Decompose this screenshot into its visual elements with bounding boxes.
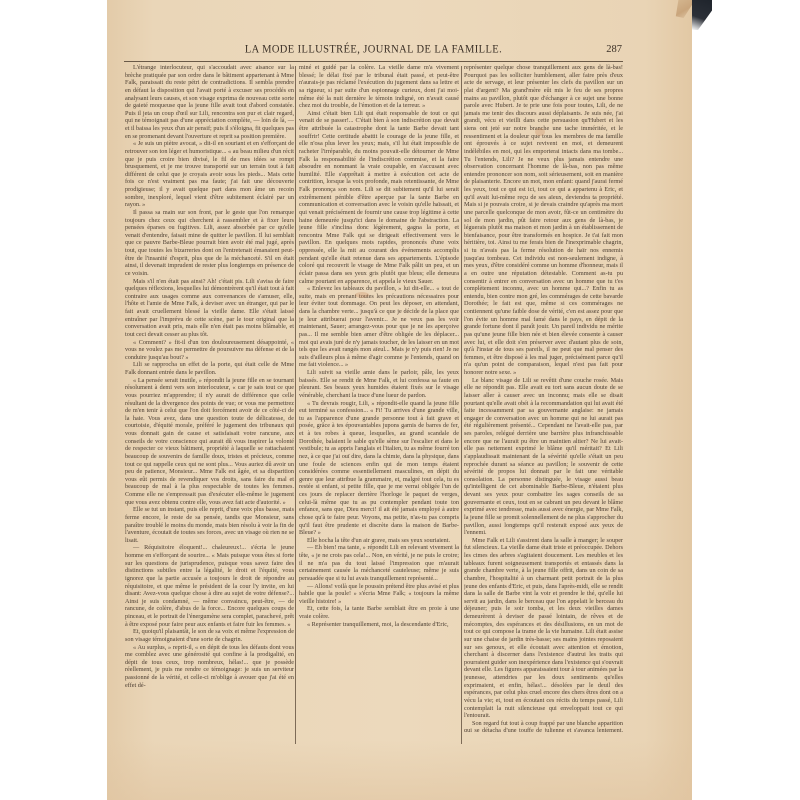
paper-stain xyxy=(355,292,369,298)
paragraph: Elle se tut un instant, puis elle reprit… xyxy=(125,506,294,544)
paragraph: Et, quoiqu'il plaisantât, le son de sa v… xyxy=(125,628,294,643)
paragraph: — Eh bien! ma tante, » répondit Lili en … xyxy=(299,544,459,582)
article-columns: L'étrange interlocuteur, qui s'accoudait… xyxy=(125,64,623,759)
page-number: 287 xyxy=(606,44,622,55)
paper-stain xyxy=(535,128,545,136)
paragraph: Lili se rapprocha un effet de la porte, … xyxy=(125,361,294,376)
paragraph: — Réquisitoire éloquent!... chaleureux!.… xyxy=(125,544,294,628)
paragraph: Son regard fut tout à coup frappé par un… xyxy=(464,720,623,732)
paragraph: « Comment? » fit-il d'un ton douloureuse… xyxy=(125,339,294,362)
paragraph: — Allons! voilà que le poussin prétend ê… xyxy=(299,583,459,606)
paragraph: miné et guidé par la colère. La vieille … xyxy=(299,64,459,110)
paragraph: représenter quelque chose tranquillement… xyxy=(464,64,623,377)
paragraph: Lili suivit sa vieille amie dans le parl… xyxy=(299,369,459,400)
column-2: miné et guidé par la colère. La vieille … xyxy=(299,64,459,732)
paragraph: « Enlevez les tableaux du pavillon, » lu… xyxy=(299,285,459,369)
paragraph: « Je suis un piètre avocat, » dit-il en … xyxy=(125,140,294,209)
column-divider xyxy=(295,66,296,744)
column-divider xyxy=(461,66,462,744)
column-1: L'étrange interlocuteur, qui s'accoudait… xyxy=(125,64,294,744)
paragraph: Ainsi c'était bien Lili qui était respon… xyxy=(299,110,459,285)
paragraph: Elle hocha la tête d'un air grave, mais … xyxy=(299,537,459,545)
running-header: LA MODE ILLUSTRÉE, JOURNAL DE LA FAMILLE… xyxy=(125,44,622,58)
paragraph: Mais s'il n'en était pas ainsi? Ah! c'ét… xyxy=(125,278,294,339)
paragraph: « Représenter tranquillement, moi, la de… xyxy=(299,621,459,629)
paragraph: Mme Falk et Lili s'assirent dans la sall… xyxy=(464,537,623,720)
column-3: représenter quelque chose tranquillement… xyxy=(464,64,623,732)
paragraph: L'étrange interlocuteur, qui s'accoudait… xyxy=(125,64,294,140)
header-rule xyxy=(124,61,623,62)
paragraph: Il passa sa main sur son front, par le g… xyxy=(125,209,294,278)
journal-title: LA MODE ILLUSTRÉE, JOURNAL DE LA FAMILLE… xyxy=(125,43,622,55)
paragraph: Et, cette fois, la tante Barbe semblait … xyxy=(299,605,459,620)
paragraph: « Tu devrais rougir, Lili, » répondit-el… xyxy=(299,400,459,537)
paragraph: « La pensée serait inutile, » répondit l… xyxy=(125,377,294,507)
paragraph: Le blanc visage de Lili se revêtit d'une… xyxy=(464,377,623,537)
paragraph: « Au surplus, » reprit-il, « en dépit de… xyxy=(125,644,294,690)
scan-background-corner xyxy=(692,0,712,30)
